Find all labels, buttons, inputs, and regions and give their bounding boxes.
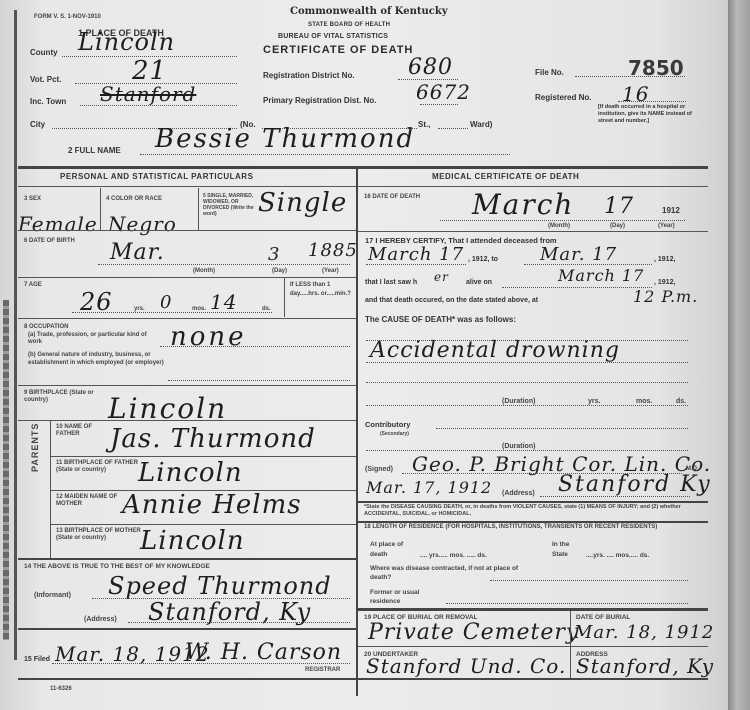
mother-birthplace-value: Lincoln <box>140 526 245 556</box>
dod-year: 1912 <box>662 206 680 215</box>
primary-reg-value: 6672 <box>416 80 471 104</box>
race-value: Negro <box>108 212 177 236</box>
rule <box>18 558 356 560</box>
age-months: 0 <box>160 292 172 313</box>
age-years: 26 <box>80 288 113 316</box>
in-state-values: ....yrs. .... mos..... ds. <box>586 552 649 559</box>
contributory-duration-label: (Duration) <box>502 443 535 450</box>
primary-reg-label: Primary Registration Dist. No. <box>263 96 376 105</box>
father-name-label: 10 NAME OF FATHER <box>56 424 116 438</box>
year-caption: (Year) <box>322 268 339 274</box>
dod-day-caption: (Day) <box>610 223 625 229</box>
dob-month: Mar. <box>110 240 165 265</box>
dod-month: March <box>472 188 574 221</box>
contributory-line <box>436 428 688 429</box>
registered-no-label: Registered No. <box>535 93 591 102</box>
secondary-label: (Secondary) <box>380 431 409 437</box>
father-birthplace-label: 11 BIRTHPLACE OF FATHER (State or countr… <box>56 460 141 474</box>
rule <box>50 456 356 457</box>
rule <box>358 501 708 503</box>
informant-value: Speed Thurmond <box>108 572 332 600</box>
parents-label: PARENTS <box>30 423 40 472</box>
city-ward-label: Ward) <box>470 120 492 129</box>
yrs-label: yrs. <box>134 306 145 312</box>
rule <box>18 230 356 231</box>
undertaker-address-value: Stanford, Ky <box>576 654 714 678</box>
month-caption: (Month) <box>193 268 215 274</box>
marital-value: Single <box>258 188 347 218</box>
signed-date: Mar. 17, 1912 <box>366 478 492 497</box>
medical-section-title: MEDICAL CERTIFICATE OF DEATH <box>432 172 579 181</box>
address-value: Stanford Ky <box>558 472 712 497</box>
cause-line-2 <box>366 362 688 363</box>
file-no-value: 7850 <box>628 56 684 80</box>
city-label: City <box>30 120 45 129</box>
dob-label: 6 DATE OF BIRTH <box>24 238 75 244</box>
county-label: County <box>30 48 58 57</box>
rule <box>358 186 708 187</box>
occupation-b-line <box>168 380 350 381</box>
cause-footnote: *State the DISEASE CAUSING DEATH, or, in… <box>364 504 704 518</box>
dob-year: 1885 <box>308 240 358 261</box>
occupation-a-label: (a) Trade, profession, or particular kin… <box>28 332 158 346</box>
reg-district-value: 680 <box>408 55 453 80</box>
rule <box>284 277 285 317</box>
inc-town-value: Stanford <box>100 82 196 106</box>
attended-to: Mar. 17 <box>540 244 617 265</box>
personal-section-title: PERSONAL AND STATISTICAL PARTICULARS <box>60 172 253 181</box>
true-statement: 14 THE ABOVE IS TRUE TO THE BEST OF MY K… <box>24 563 210 570</box>
in-state-label: In the State <box>552 540 582 560</box>
year-suffix-2: , 1912, <box>654 256 675 263</box>
rule <box>18 678 708 680</box>
duration-yrs: yrs. <box>588 398 600 405</box>
rule <box>358 521 708 523</box>
full-name-value: Bessie Thurmond <box>155 124 415 154</box>
rule <box>358 608 708 611</box>
mother-birthplace-label: 13 BIRTHPLACE OF MOTHER (State or countr… <box>56 528 141 542</box>
reg-district-label: Registration District No. <box>263 71 355 80</box>
registrar-signature: W. H. Carson <box>185 640 342 665</box>
rule <box>358 646 708 647</box>
at-place-label: At place of death <box>370 540 420 560</box>
rule <box>18 628 356 630</box>
informant-address-value: Stanford, Ky <box>148 598 311 626</box>
last-saw-line <box>502 287 652 288</box>
dod-year-caption: (Year) <box>658 223 675 229</box>
attended-from: March 17 <box>368 244 464 265</box>
registrar-label: REGISTRAR <box>305 667 340 673</box>
state-title: Commonwealth of Kentucky <box>290 6 448 17</box>
rule <box>198 188 199 230</box>
burial-date-label: DATE OF BURIAL <box>576 614 630 621</box>
institution-note: [If death occurred in a hospital or inst… <box>598 104 694 125</box>
race-label: 4 COLOR OR RACE <box>106 196 162 202</box>
father-name-value: Jas. Thurmond <box>110 424 316 454</box>
st-line <box>438 128 468 129</box>
scan-edge <box>728 0 750 710</box>
undertaker-value: Stanford Und. Co. <box>366 654 566 678</box>
where-contracted-line <box>490 580 688 581</box>
margin-binding-text <box>3 300 9 640</box>
marital-label: 5 SINGLE, MARRIED, WIDOWED, OR DIVORCED … <box>203 193 255 217</box>
rule <box>50 420 51 558</box>
mother-name-value: Annie Helms <box>122 490 302 520</box>
left-border-rule <box>14 10 17 660</box>
last-saw-date: March 17 <box>558 266 644 285</box>
rule <box>18 186 356 187</box>
date-of-death-label: 16 DATE OF DEATH <box>364 194 420 200</box>
dod-month-caption: (Month) <box>548 223 570 229</box>
occupation-b-label: (b) General nature of industry, business… <box>28 351 170 367</box>
dob-day: 3 <box>268 244 280 265</box>
rule <box>570 611 571 678</box>
occupation-label: 8 OCCUPATION <box>24 324 68 330</box>
file-no-label: File No. <box>535 68 564 77</box>
duration-mos: mos. <box>636 398 652 405</box>
filed-label: 15 Filed <box>24 656 50 663</box>
contributory-label: Contributory <box>365 420 410 429</box>
residence-label: 18 LENGTH OF RESIDENCE (FOR HOSPITALS, I… <box>364 524 704 531</box>
duration-ds: ds. <box>676 398 686 405</box>
dod-day: 17 <box>604 194 634 219</box>
year-suffix-3: , 1912, <box>654 279 675 286</box>
full-name-label: 2 FULL NAME <box>68 146 121 155</box>
at-place-values: .... yrs..... mos. ..... ds. <box>420 552 487 559</box>
mos-label: mos. <box>192 306 206 312</box>
vot-pct-label: Vot. Pct. <box>30 75 61 84</box>
footer-code: 11-6326 <box>50 686 72 692</box>
less-than-day: If LESS than 1 day.....hrs. or.....min.? <box>290 281 352 299</box>
city-st-label: St., <box>418 120 430 129</box>
board-title: STATE BOARD OF HEALTH <box>308 22 390 28</box>
rule <box>18 385 356 386</box>
last-saw-text: that I last saw h <box>365 279 417 286</box>
burial-date-value: Mar. 18, 1912 <box>574 622 714 643</box>
registered-no-value: 16 <box>622 82 649 106</box>
informant-label: (Informant) <box>34 592 71 599</box>
burial-place-value: Private Cemetery <box>368 620 579 645</box>
former-residence-label: Former or usual residence <box>370 588 450 606</box>
occupation-a-value: none <box>170 322 247 352</box>
ds-label: ds. <box>262 306 271 312</box>
primary-reg-line <box>420 104 458 105</box>
contributory-duration-line <box>366 450 688 451</box>
day-caption: (Day) <box>272 268 287 274</box>
alive-on-text: alive on <box>466 279 492 286</box>
age-label: 7 AGE <box>24 282 42 288</box>
rule <box>18 277 356 278</box>
informant-address-label: (Address) <box>84 616 117 623</box>
duration-line <box>366 405 688 406</box>
father-birthplace-value: Lincoln <box>138 458 243 488</box>
rule <box>358 231 708 232</box>
full-name-line <box>140 154 510 155</box>
cause-line-3 <box>366 382 688 383</box>
signed-label: (Signed) <box>365 466 393 473</box>
address-label: (Address) <box>502 490 535 497</box>
rule <box>50 524 356 525</box>
last-saw-pronoun: er <box>434 270 449 284</box>
section-divider <box>18 166 708 169</box>
birthplace-label: 9 BIRTHPLACE (State or country) <box>24 390 114 404</box>
former-residence-line <box>446 603 688 604</box>
inc-town-label: Inc. Town <box>30 97 66 106</box>
rule <box>18 318 356 319</box>
age-days: 14 <box>210 290 237 314</box>
bureau-title: BUREAU OF VITAL STATISTICS <box>278 33 388 40</box>
year-suffix-1: , 1912, to <box>468 256 498 263</box>
certificate-title: CERTIFICATE OF DEATH <box>263 44 413 56</box>
form-number: FORM V. S. 1-NOV-1910 <box>34 14 101 20</box>
rule <box>100 188 101 230</box>
sex-label: 3 SEX <box>24 196 41 202</box>
cause-value: Accidental drowning <box>370 338 620 363</box>
death-occurred-text: and that death occured, on the date stat… <box>365 297 538 304</box>
rule <box>18 420 356 421</box>
cause-label: The CAUSE OF DEATH* was as follows: <box>365 315 516 324</box>
sex-value: Female <box>18 212 98 236</box>
death-time: 12 P.m. <box>633 287 698 306</box>
duration-label: (Duration) <box>502 398 535 405</box>
county-value: Lincoln <box>78 28 175 56</box>
